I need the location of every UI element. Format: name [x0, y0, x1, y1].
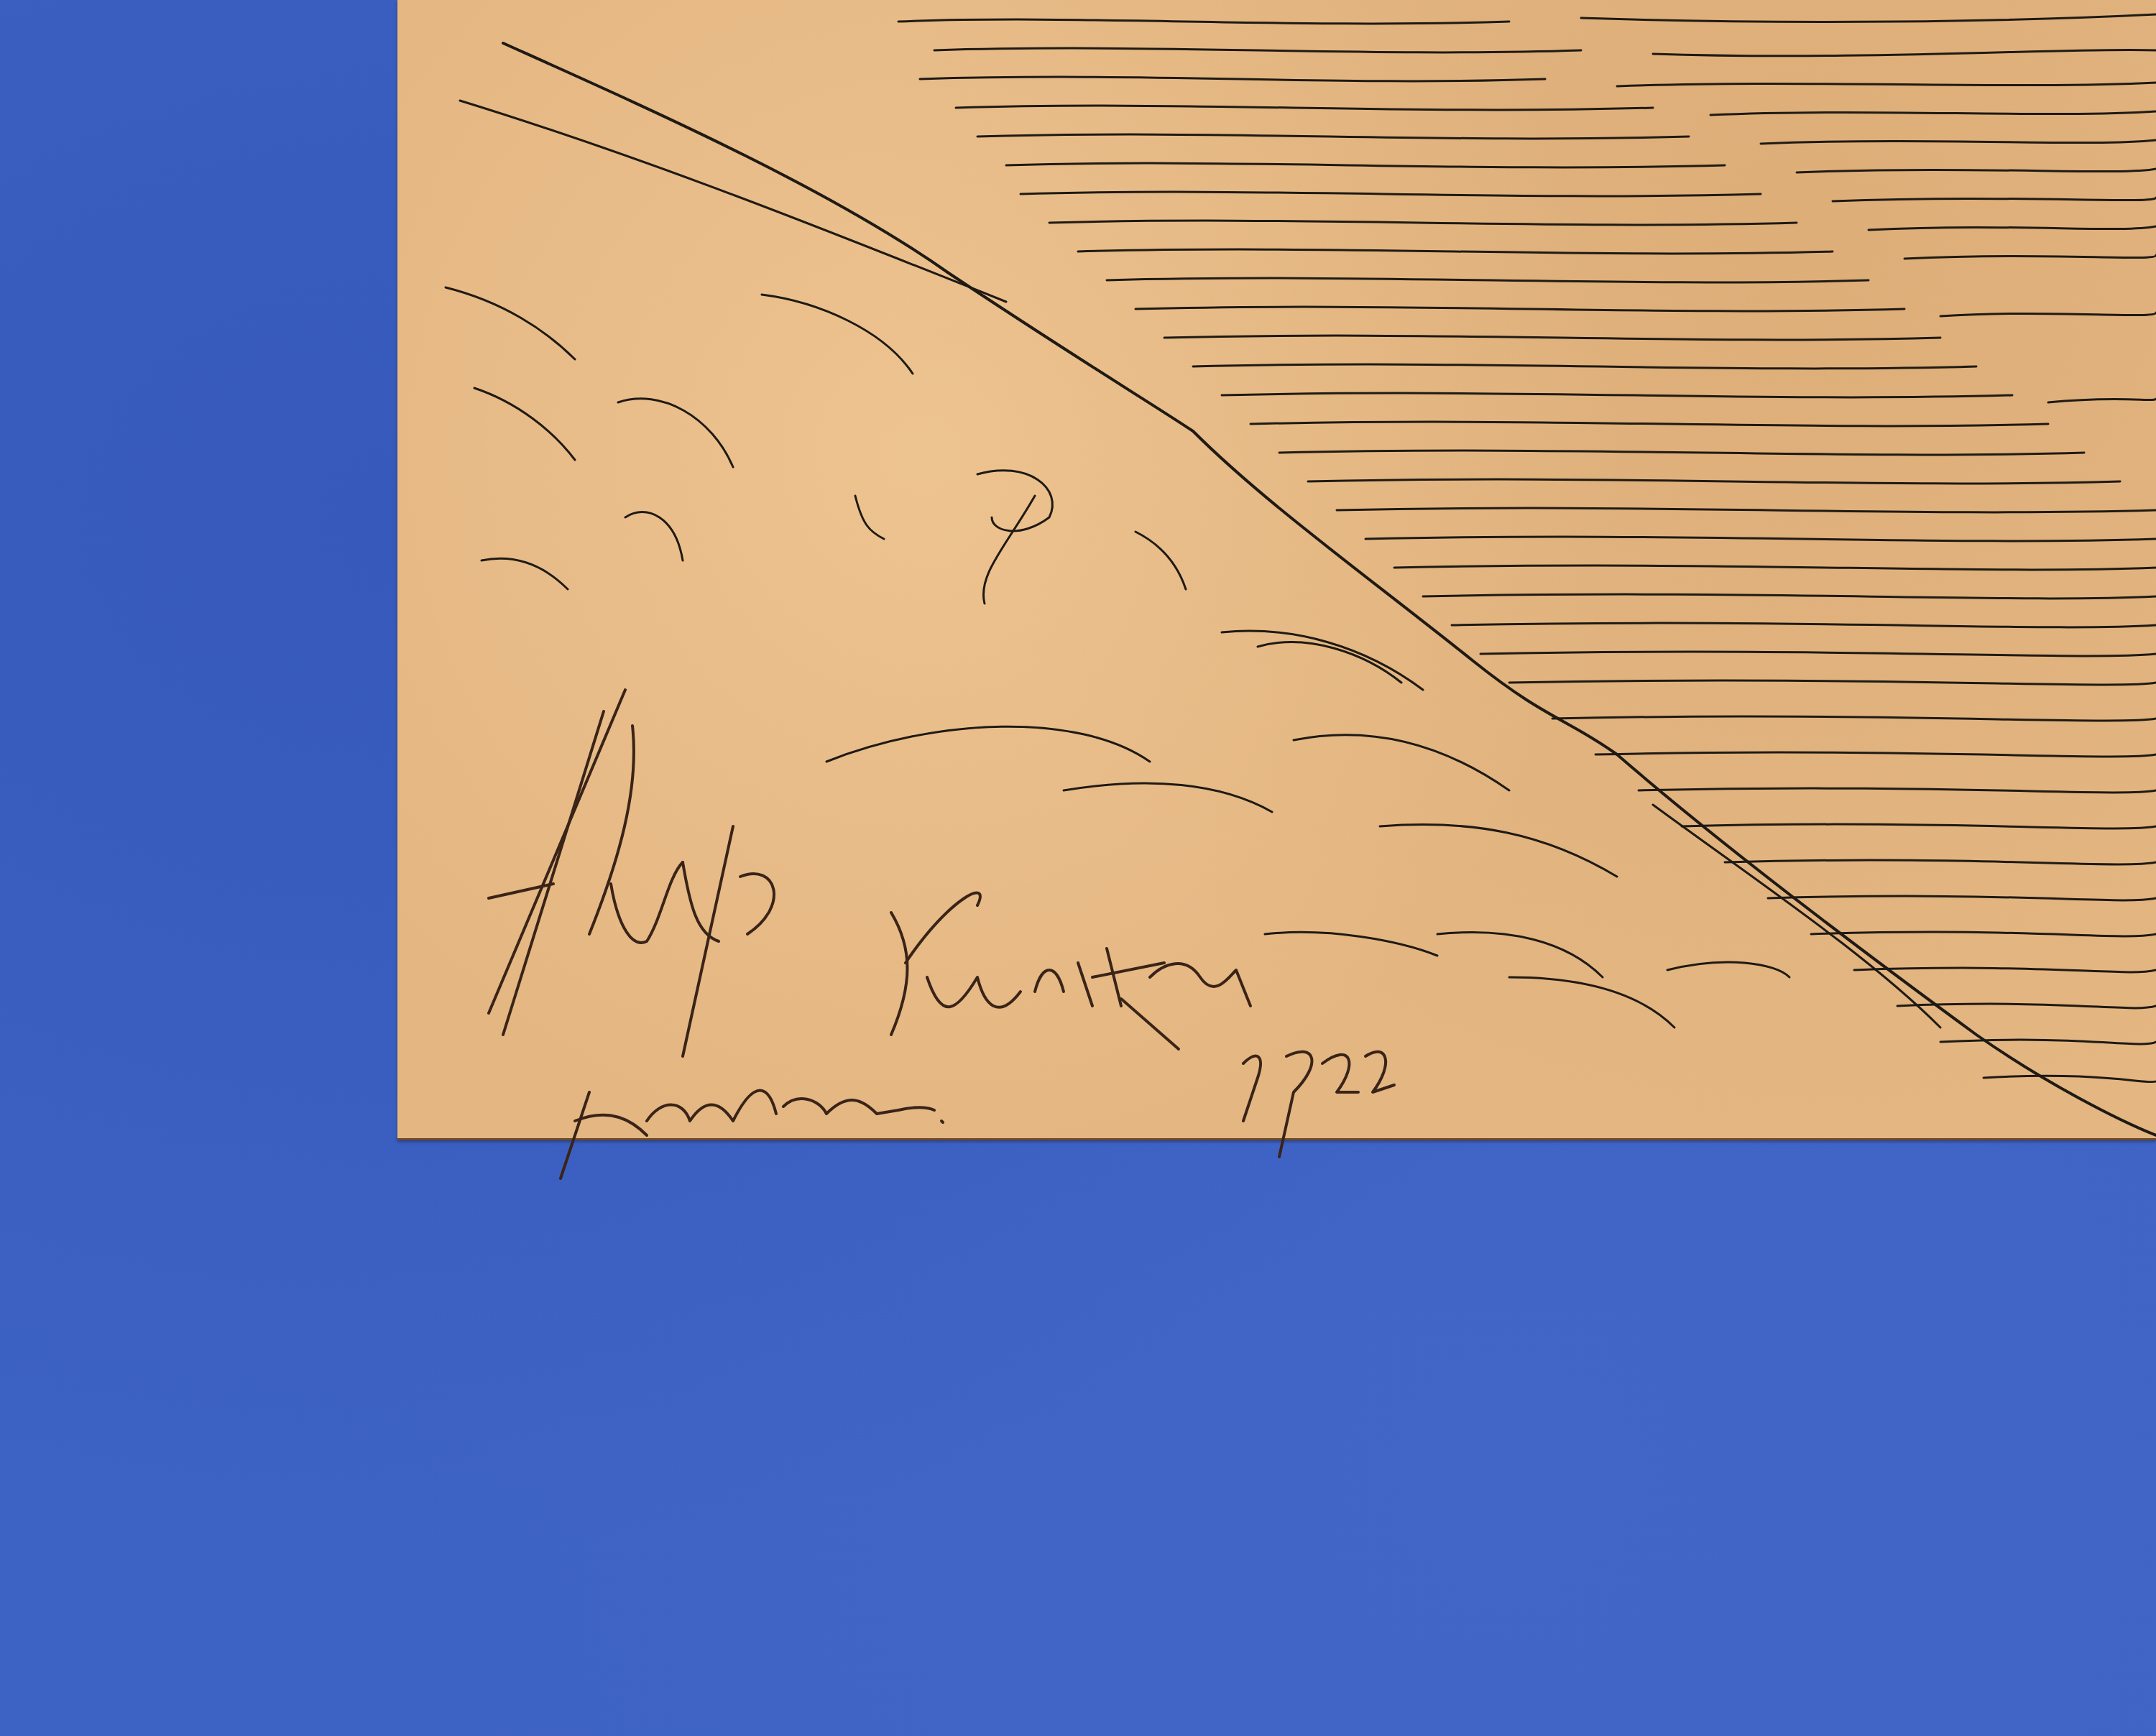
signature — [489, 690, 1394, 1178]
ink-drawing — [0, 0, 2156, 1736]
hill-contour — [460, 43, 2156, 1135]
artwork-photo: Filip. Vueitzn Macedonie. 1922 — [0, 0, 2156, 1736]
hatching — [898, 14, 2156, 1082]
grass-strokes — [446, 287, 1789, 1028]
